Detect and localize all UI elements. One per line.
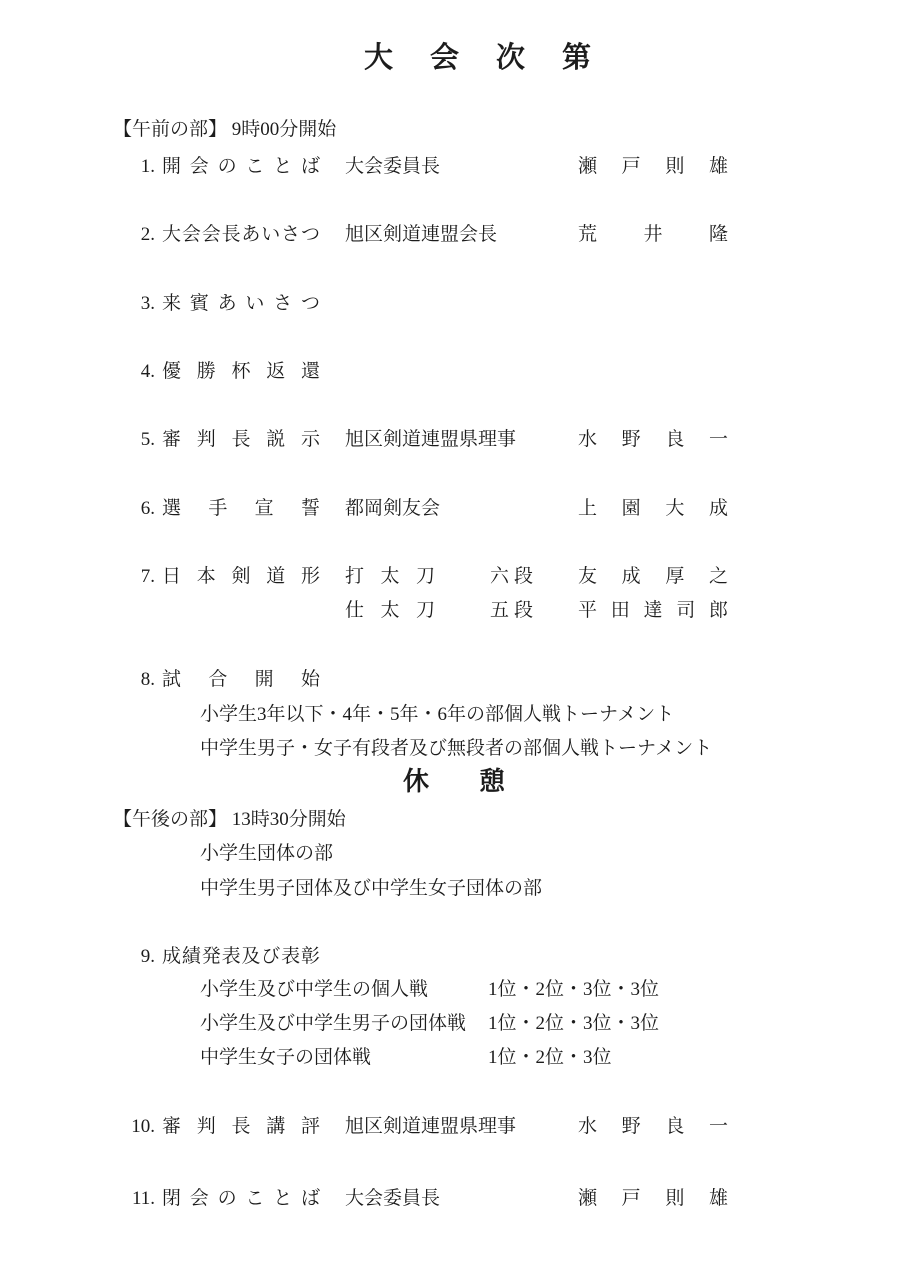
afternoon-sub-1: 小学生団体の部 <box>0 842 905 868</box>
item-label: 閉会のことば <box>162 1187 320 1211</box>
agenda-item-8-sub-1: 小学生3年以下・4年・5年・6年の部個人戦トーナメント <box>0 703 905 729</box>
item-role: 旭区剣道連盟県理事 <box>345 1115 516 1139</box>
item-label: 開会のことば <box>162 155 320 179</box>
item-role: 旭区剣道連盟県理事 <box>345 428 516 452</box>
afternoon-session-label: 【午後の部】 13時30分開始 <box>113 808 346 832</box>
afternoon-sub-2: 中学生男子団体及び中学生女子団体の部 <box>0 877 905 903</box>
agenda-item-1: 1. 開会のことば 大会委員長 瀬戸則雄 <box>0 155 905 181</box>
award-row-individual: 小学生及び中学生の個人戦 1位・2位・3位・3位 <box>0 978 905 1004</box>
agenda-item-10: 10. 審判長講評 旭区剣道連盟県理事 水野良一 <box>0 1115 905 1141</box>
sub-item-text: 中学生男子団体及び中学生女子団体の部 <box>200 877 542 901</box>
item-person-name: 水野良一 <box>578 1115 728 1139</box>
award-ranks: 1位・2位・3位・3位 <box>488 978 659 1002</box>
break-heading: 休憩 <box>403 766 555 798</box>
item-label: 審判長説示 <box>162 428 320 452</box>
item-label: 大会会長あいさつ <box>162 223 320 247</box>
item-label: 成績発表及び表彰 <box>162 945 320 969</box>
morning-session-header: 【午前の部】 9時00分開始 <box>0 118 905 144</box>
sub-item-text: 小学生団体の部 <box>200 842 333 866</box>
item-person-name: 瀬戸則雄 <box>578 1187 728 1211</box>
agenda-item-8-sub-2: 中学生男子・女子有段者及び無段者の部個人戦トーナメント <box>0 737 905 763</box>
item-number: 3. <box>96 292 155 316</box>
item-role: 旭区剣道連盟会長 <box>345 223 497 247</box>
afternoon-session-header: 【午後の部】 13時30分開始 <box>0 808 905 834</box>
item-label: 来賓あいさつ <box>162 292 320 316</box>
award-event-name: 小学生及び中学生の個人戦 <box>200 978 428 1002</box>
agenda-item-5: 5. 審判長説示 旭区剣道連盟県理事 水野良一 <box>0 428 905 454</box>
item-person-name: 荒井隆 <box>578 223 728 247</box>
item-number: 4. <box>96 360 155 384</box>
item-number: 9. <box>96 945 155 969</box>
item-number: 8. <box>96 668 155 692</box>
item-role: 大会委員長 <box>345 155 440 179</box>
sub-item-text: 中学生男子・女子有段者及び無段者の部個人戦トーナメント <box>200 737 712 761</box>
item-person-name: 瀬戸則雄 <box>578 155 728 179</box>
item-label: 審判長講評 <box>162 1115 320 1139</box>
agenda-item-11: 11. 閉会のことば 大会委員長 瀬戸則雄 <box>0 1187 905 1213</box>
agenda-item-7-line-2: 仕太刀 五段 平田達司郎 <box>0 599 905 625</box>
item-role: 都岡剣友会 <box>345 497 440 521</box>
item-label: 日本剣道形 <box>162 565 320 589</box>
kata-role: 打太刀 <box>345 565 435 589</box>
agenda-item-7: 7. 日本剣道形 打太刀 六段 友成厚之 <box>0 565 905 591</box>
item-person-name: 上園大成 <box>578 497 728 521</box>
award-event-name: 中学生女子の団体戦 <box>200 1046 371 1070</box>
item-label: 選手宣誓 <box>162 497 320 521</box>
award-row-girls-team: 中学生女子の団体戦 1位・2位・3位 <box>0 1046 905 1072</box>
item-role: 大会委員長 <box>345 1187 440 1211</box>
item-number: 7. <box>96 565 155 589</box>
item-label: 試合開始 <box>162 668 320 692</box>
item-person-name: 平田達司郎 <box>578 599 728 623</box>
award-row-boys-team: 小学生及び中学生男子の団体戦 1位・2位・3位・3位 <box>0 1012 905 1038</box>
award-ranks: 1位・2位・3位 <box>488 1046 612 1070</box>
item-person-name: 水野良一 <box>578 428 728 452</box>
item-person-name: 友成厚之 <box>578 565 728 589</box>
agenda-item-6: 6. 選手宣誓 都岡剣友会 上園大成 <box>0 497 905 523</box>
item-number: 5. <box>96 428 155 452</box>
kata-role: 仕太刀 <box>345 599 435 623</box>
item-number: 10. <box>96 1115 155 1139</box>
morning-session-label: 【午前の部】 9時00分開始 <box>113 118 336 142</box>
item-number: 11. <box>96 1187 155 1211</box>
item-number: 1. <box>96 155 155 179</box>
item-number: 6. <box>96 497 155 521</box>
agenda-item-2: 2. 大会会長あいさつ 旭区剣道連盟会長 荒井隆 <box>0 223 905 249</box>
dan-rank: 五段 <box>490 599 533 623</box>
agenda-item-8: 8. 試合開始 <box>0 668 905 694</box>
dan-rank: 六段 <box>490 565 533 589</box>
agenda-item-4: 4. 優勝杯返還 <box>0 360 905 386</box>
page-title: 大会次第 <box>364 40 628 76</box>
agenda-item-9: 9. 成績発表及び表彰 <box>0 945 905 971</box>
sub-item-text: 小学生3年以下・4年・5年・6年の部個人戦トーナメント <box>200 703 674 727</box>
agenda-item-3: 3. 来賓あいさつ <box>0 292 905 318</box>
award-ranks: 1位・2位・3位・3位 <box>488 1012 659 1036</box>
item-number: 2. <box>96 223 155 247</box>
tournament-program-page: 大会次第 【午前の部】 9時00分開始 1. 開会のことば 大会委員長 瀬戸則雄… <box>0 0 905 1280</box>
award-event-name: 小学生及び中学生男子の団体戦 <box>200 1012 466 1036</box>
item-label: 優勝杯返還 <box>162 360 320 384</box>
